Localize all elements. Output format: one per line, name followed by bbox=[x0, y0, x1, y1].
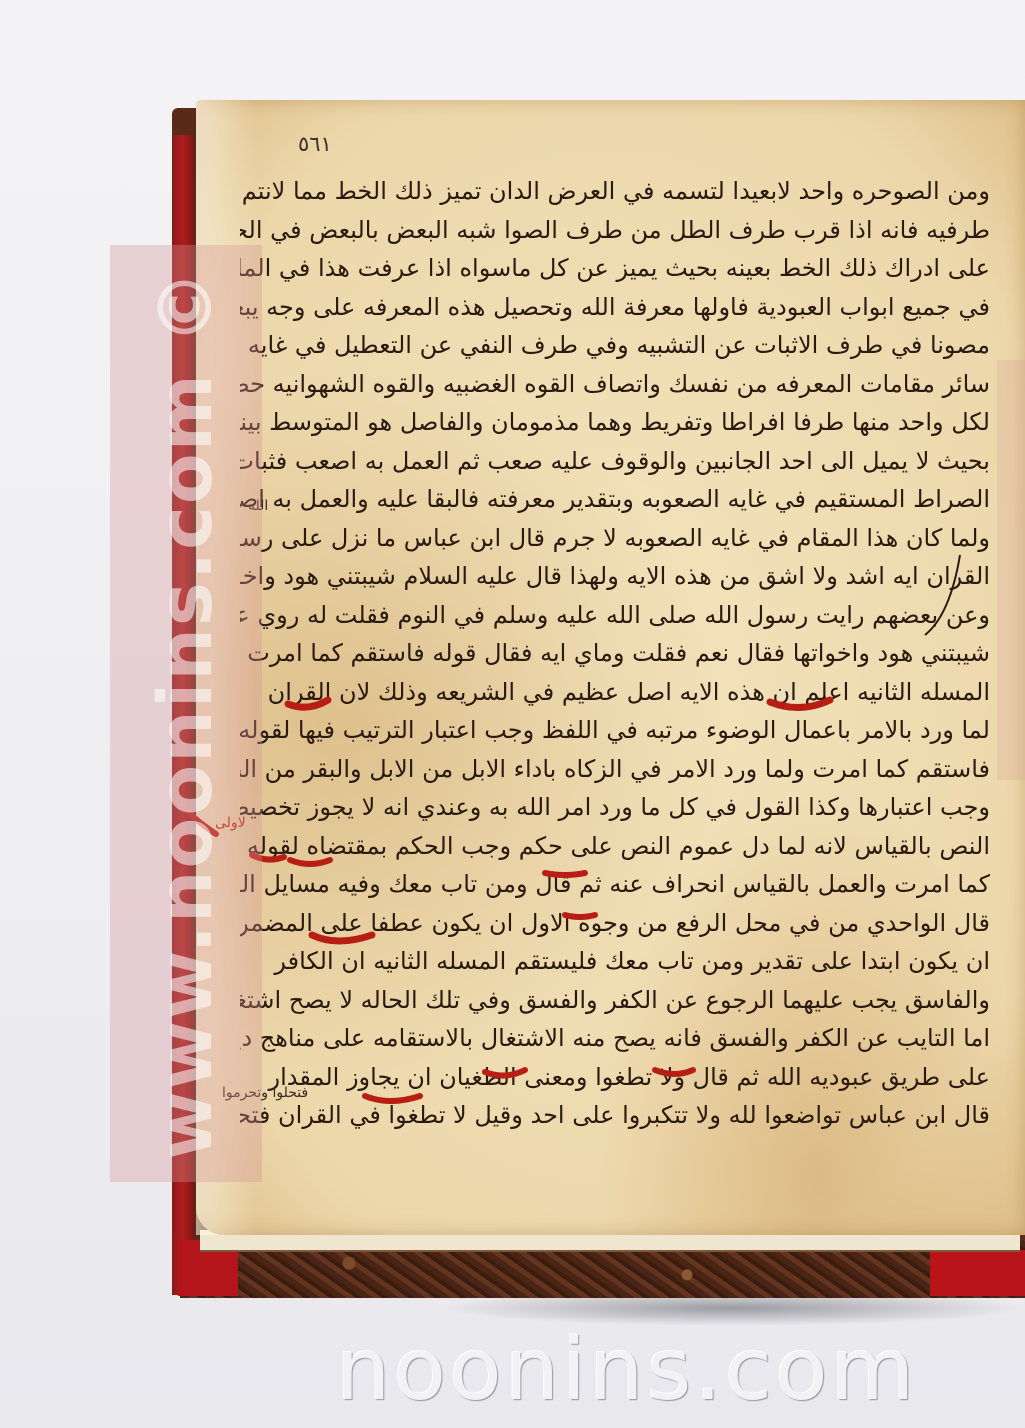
manuscript-text-block: ومن الصوحره واحد لابعيدا لتسمه في العرض … bbox=[240, 172, 990, 1135]
text-line: في جميع ابواب العبودية فاولها معرفة الله… bbox=[240, 288, 990, 327]
text-line: ومن الصوحره واحد لابعيدا لتسمه في العرض … bbox=[240, 172, 990, 211]
text-line: وجب اعتبارها وكذا القول في كل ما ورد امر… bbox=[240, 788, 990, 827]
watermark-vertical-text: www.noonins.com © bbox=[143, 268, 229, 1159]
text-line: النص بالقياس لانه لما دل عموم النص على ح… bbox=[240, 827, 990, 866]
text-line: طرفيه فانه اذا قرب طرف الطل من طرف الصوا… bbox=[240, 211, 990, 250]
text-line-rubricated: المسله الثانيه اعلم ان هذه الايه اصل عظي… bbox=[240, 673, 990, 712]
text-line: لما ورد بالامر باعمال الوضوء مرتبه في ال… bbox=[240, 711, 990, 750]
text-line-rubricated: قال ابن عباس تواضعوا لله ولا تتكبروا على… bbox=[240, 1096, 990, 1135]
text-line: فاستقم كما امرت ولما ورد الامر في الزكاه… bbox=[240, 750, 990, 789]
text-line: شيبتني هود واخواتها فقال نعم فقلت وماي ا… bbox=[240, 634, 990, 673]
text-line-rubricated: على طريق عبوديه الله ثم قال ولا تطغوا وم… bbox=[240, 1058, 990, 1097]
watermark-bottom-text: noonins.com bbox=[336, 1330, 1025, 1410]
text-line: والفاسق يجب عليهما الرجوع عن الكفر والفس… bbox=[240, 981, 990, 1020]
text-line: سائر مقامات المعرفه من نفسك واتصاف القوه… bbox=[240, 365, 990, 404]
text-line: الصراط المستقيم في غايه الصعوبه وبتقدير … bbox=[240, 480, 990, 519]
text-line: اما التايب عن الكفر والفسق فانه يصح منه … bbox=[240, 1019, 990, 1058]
text-line: لكل واحد منها طرفا افراطا وتفريط وهما مذ… bbox=[240, 403, 990, 442]
text-line: القران ايه اشد ولا اشق من هذه الايه ولهذ… bbox=[240, 557, 990, 596]
text-line-rubricated: ان يكون ابتدا على تقدير ومن تاب معك فليس… bbox=[240, 942, 990, 981]
text-line: على ادراك ذلك الخط بعينه بحيث يميز عن كل… bbox=[240, 249, 990, 288]
text-line-rubricated: قال الواحدي من في محل الرفع من وجوه الاو… bbox=[240, 904, 990, 943]
text-line-rubricated: كما امرت والعمل بالقياس انحراف عنه ثم قا… bbox=[240, 865, 990, 904]
text-line: بحيث لا يميل الى احد الجانبين والوقوف عل… bbox=[240, 442, 990, 481]
cover-corner-red-right bbox=[930, 1250, 1025, 1296]
watermark-band-right bbox=[997, 360, 1025, 780]
text-line: وعن بعضهم رايت رسول الله صلى الله عليه و… bbox=[240, 596, 990, 635]
folio-number: ٥٦١ bbox=[298, 132, 332, 156]
text-line: ولما كان هذا المقام في غايه الصعوبه لا ج… bbox=[240, 519, 990, 558]
text-line: مصونا في طرف الاثبات عن التشبيه وفي طرف … bbox=[240, 326, 990, 365]
